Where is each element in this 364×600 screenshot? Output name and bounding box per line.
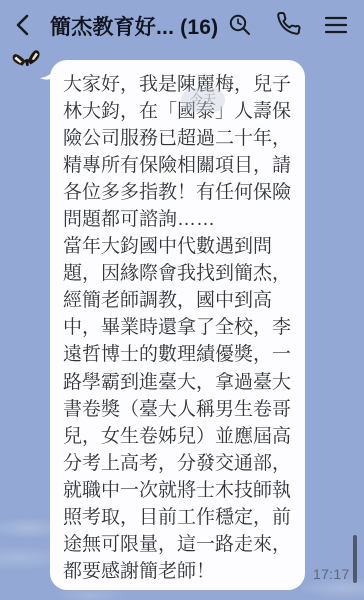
date-badge: 今天 xyxy=(181,88,225,112)
phone-icon xyxy=(276,12,301,40)
avatar[interactable] xyxy=(11,48,43,76)
header-actions xyxy=(222,8,354,44)
back-button[interactable] xyxy=(4,6,44,46)
search-clock-icon xyxy=(227,12,253,41)
chat-title: 簡杰教育好... (16) xyxy=(50,11,222,41)
message-text: 大家好，我是陳麗梅，兒子 林大鈞，在「國泰」人壽保 險公司服務已超過二十年， 精… xyxy=(63,71,294,585)
chevron-left-icon xyxy=(11,12,37,41)
search-button[interactable] xyxy=(222,8,258,44)
bubble-tail xyxy=(40,61,60,83)
message-timestamp: 17:17 xyxy=(313,566,350,582)
message-bubble[interactable]: 大家好，我是陳麗梅，兒子 林大鈞，在「國泰」人壽保 險公司服務已超過二十年， 精… xyxy=(50,60,305,590)
menu-button[interactable] xyxy=(318,8,354,44)
butterfly-avatar-image xyxy=(11,63,43,80)
call-button[interactable] xyxy=(270,8,306,44)
scrollbar-thumb[interactable] xyxy=(353,535,357,583)
chat-header: 簡杰教育好... (16) xyxy=(0,0,364,52)
hamburger-menu-icon xyxy=(324,13,348,40)
chat-messages: 大家好，我是陳麗梅，兒子 林大鈞，在「國泰」人壽保 險公司服務已超過二十年， 精… xyxy=(0,52,364,600)
